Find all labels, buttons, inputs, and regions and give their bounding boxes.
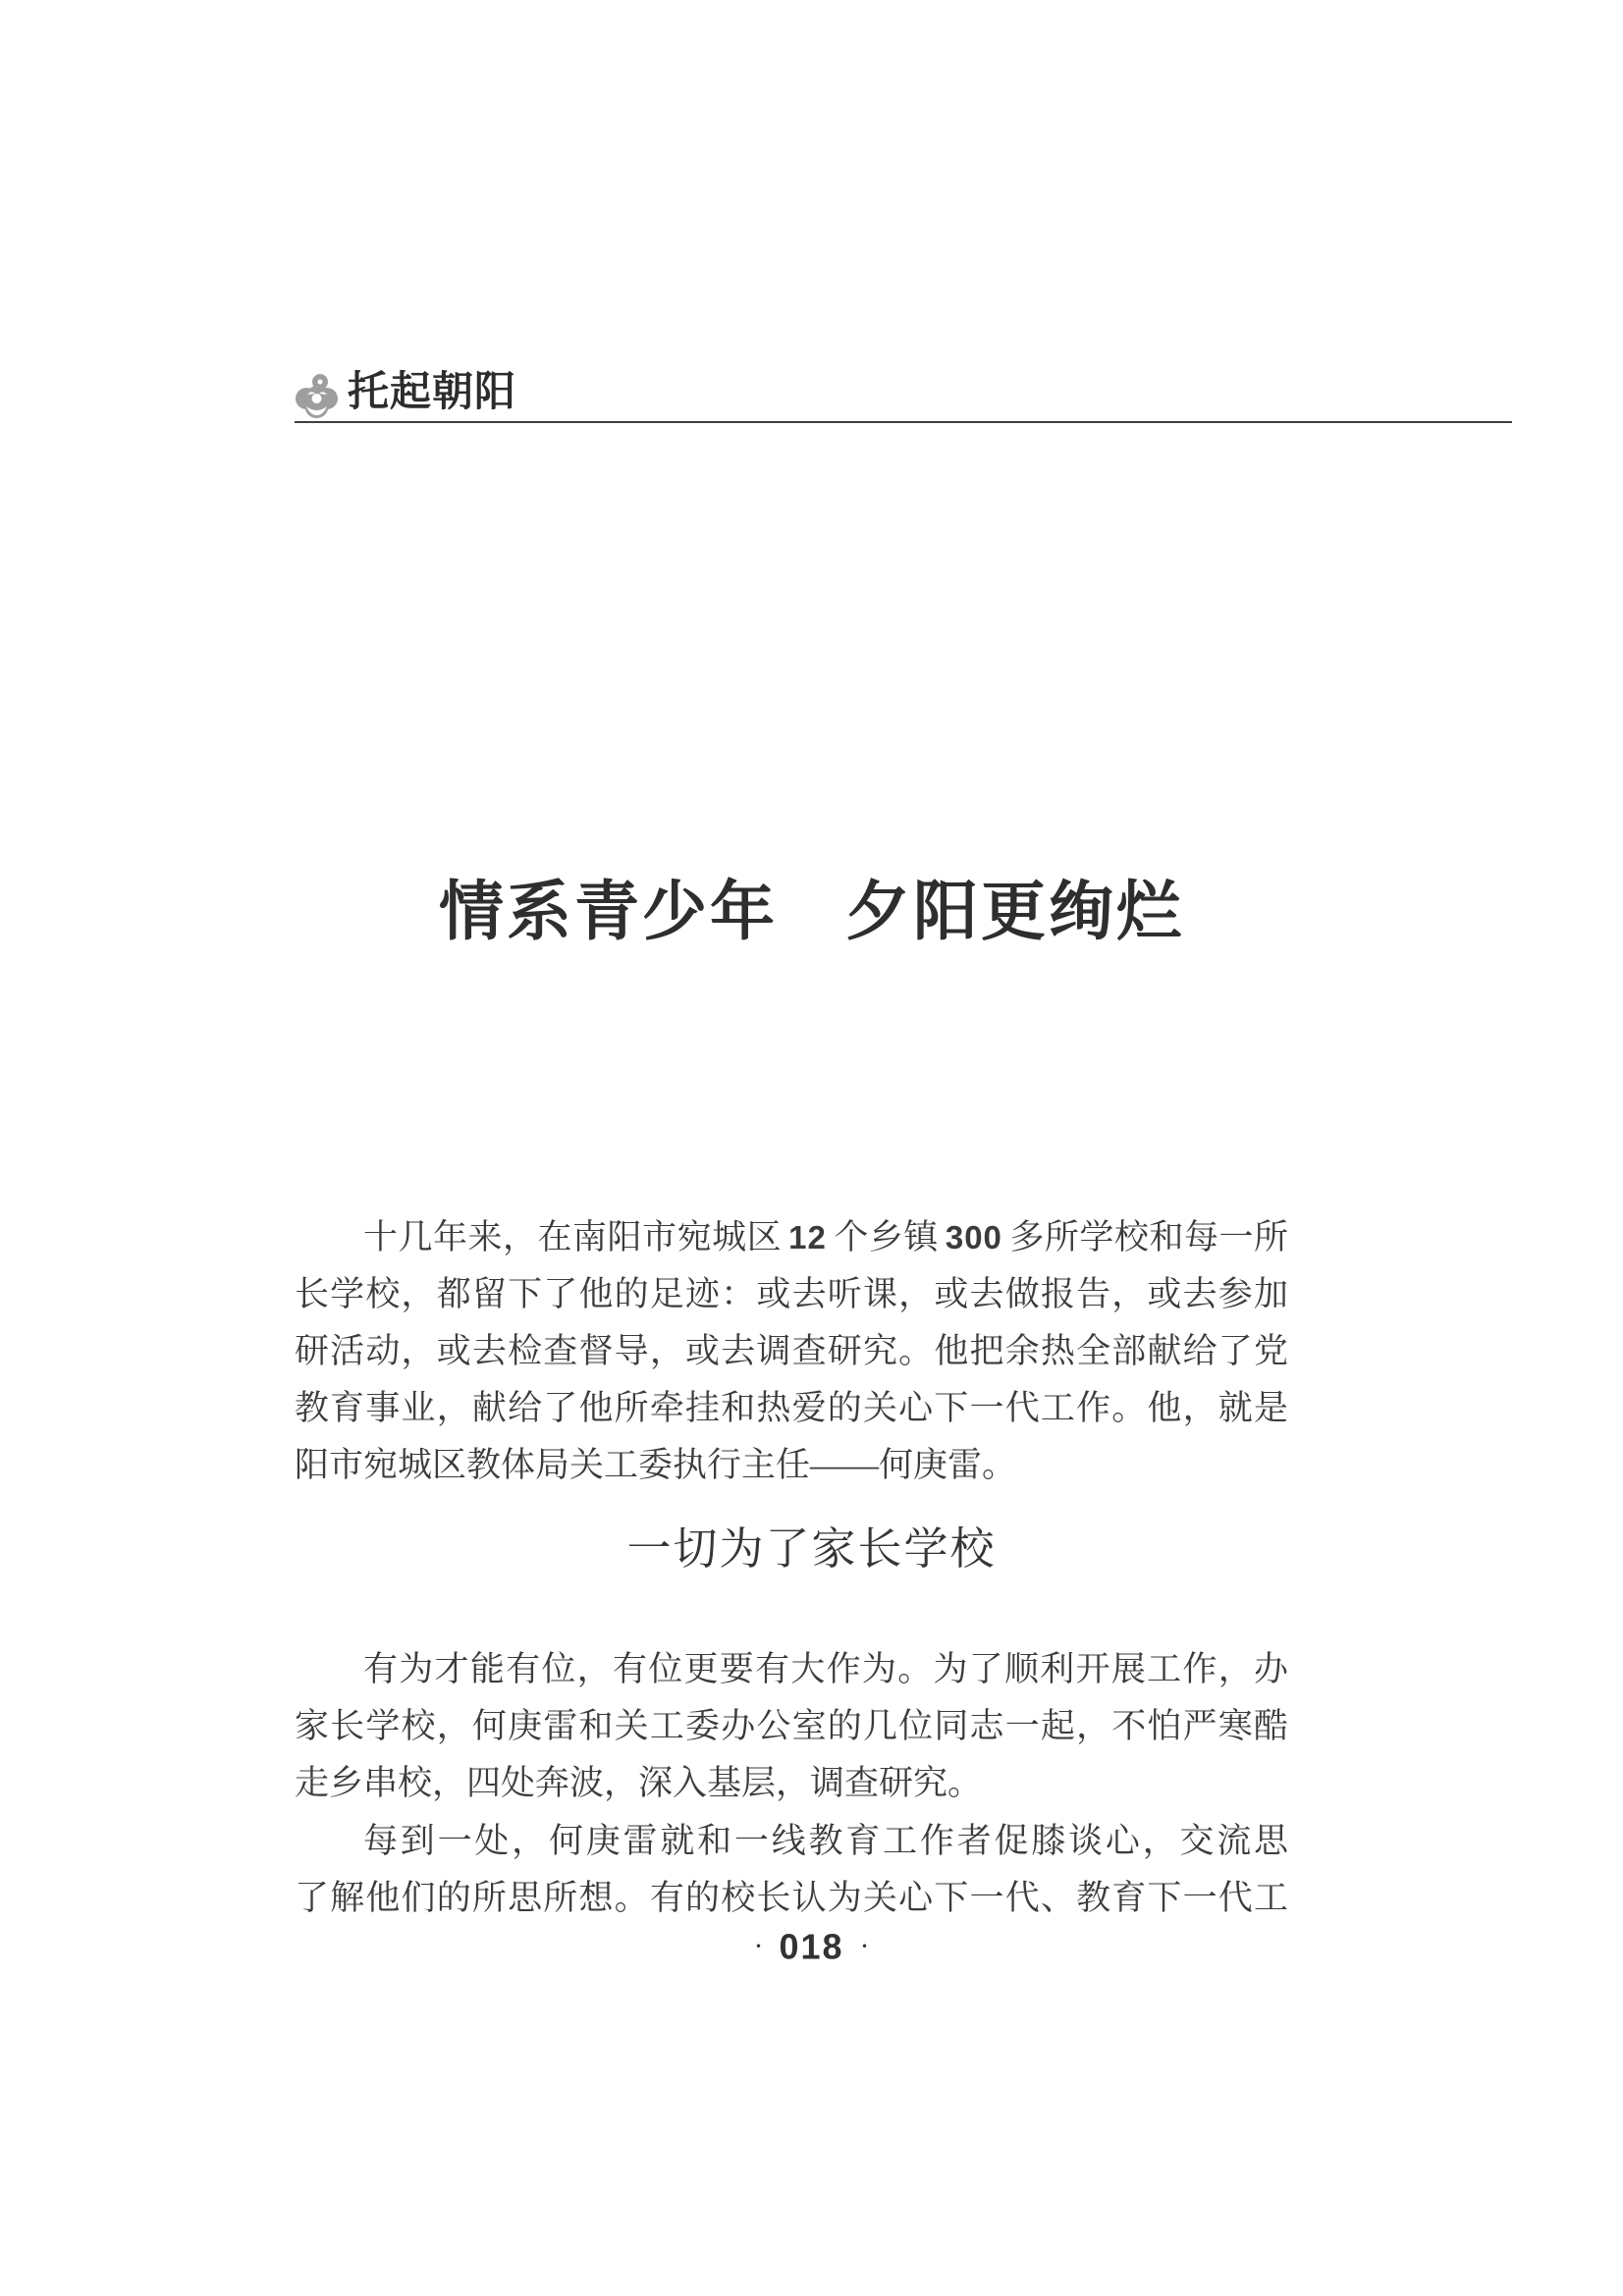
paragraph-3: 每到一处，何庚雷就和一线教育工作者促膝谈心，交流思想， 了解他们的所思所想。有的… [295, 1813, 1288, 1927]
number-schools: 300 [946, 1219, 1002, 1255]
text-line: 有为才能有位，有位更要有大作为。为了顺利开展工作，办好 [295, 1641, 1288, 1698]
text-line: 每到一处，何庚雷就和一线教育工作者促膝谈心，交流思想， [295, 1813, 1288, 1870]
page-header: 托起朝阳 [295, 369, 1512, 423]
book-page: 托起朝阳 情系青少年 夕阳更绚烂 十几年来，在南阳市宛城区12个乡镇300多所学… [0, 0, 1623, 2296]
article-title: 情系青少年 夕阳更绚烂 [0, 868, 1623, 958]
number-townships: 12 [788, 1219, 827, 1255]
page-number: 018 [779, 1926, 843, 1966]
paragraph-2: 有为才能有位，有位更要有大作为。为了顺利开展工作，办好 家长学校，何庚雷和关工委… [295, 1641, 1288, 1812]
text-line: 阳市宛城区教体局关工委执行主任——何庚雷。 [295, 1437, 1288, 1494]
text-segment: 个乡镇 [834, 1218, 939, 1256]
children-care-emblem-icon [295, 373, 340, 422]
text-segment: 十几年来，在南阳市宛城区 [363, 1218, 782, 1256]
folio-decor-right: · [860, 1930, 870, 1962]
page-footer: ·018· [0, 1922, 1623, 1971]
paragraph-1: 十几年来，在南阳市宛城区12个乡镇300多所学校和每一所家 长学校，都留下了他的… [295, 1209, 1288, 1494]
text-line: 长学校，都留下了他的足迹：或去听课，或去做报告，或去参加教 [295, 1266, 1288, 1323]
text-line: 走乡串校，四处奔波，深入基层，调查研究。 [295, 1755, 1288, 1812]
text-line: 家长学校，何庚雷和关工委办公室的几位同志一起，不怕严寒酷暑， [295, 1698, 1288, 1755]
folio-decor-left: · [753, 1930, 763, 1962]
text-line: 研活动，或去检查督导，或去调查研究。他把余热全部献给了党的 [295, 1323, 1288, 1380]
text-line: 十几年来，在南阳市宛城区12个乡镇300多所学校和每一所家 [295, 1209, 1288, 1266]
text-line: 了解他们的所思所想。有的校长认为关心下一代、教育下一代工作， [295, 1870, 1288, 1927]
series-title: 托起朝阳 [348, 372, 516, 413]
text-line: 教育事业，献给了他所牵挂和热爱的关心下一代工作。他，就是南 [295, 1380, 1288, 1437]
section-heading: 一切为了家长学校 [0, 1520, 1623, 1578]
